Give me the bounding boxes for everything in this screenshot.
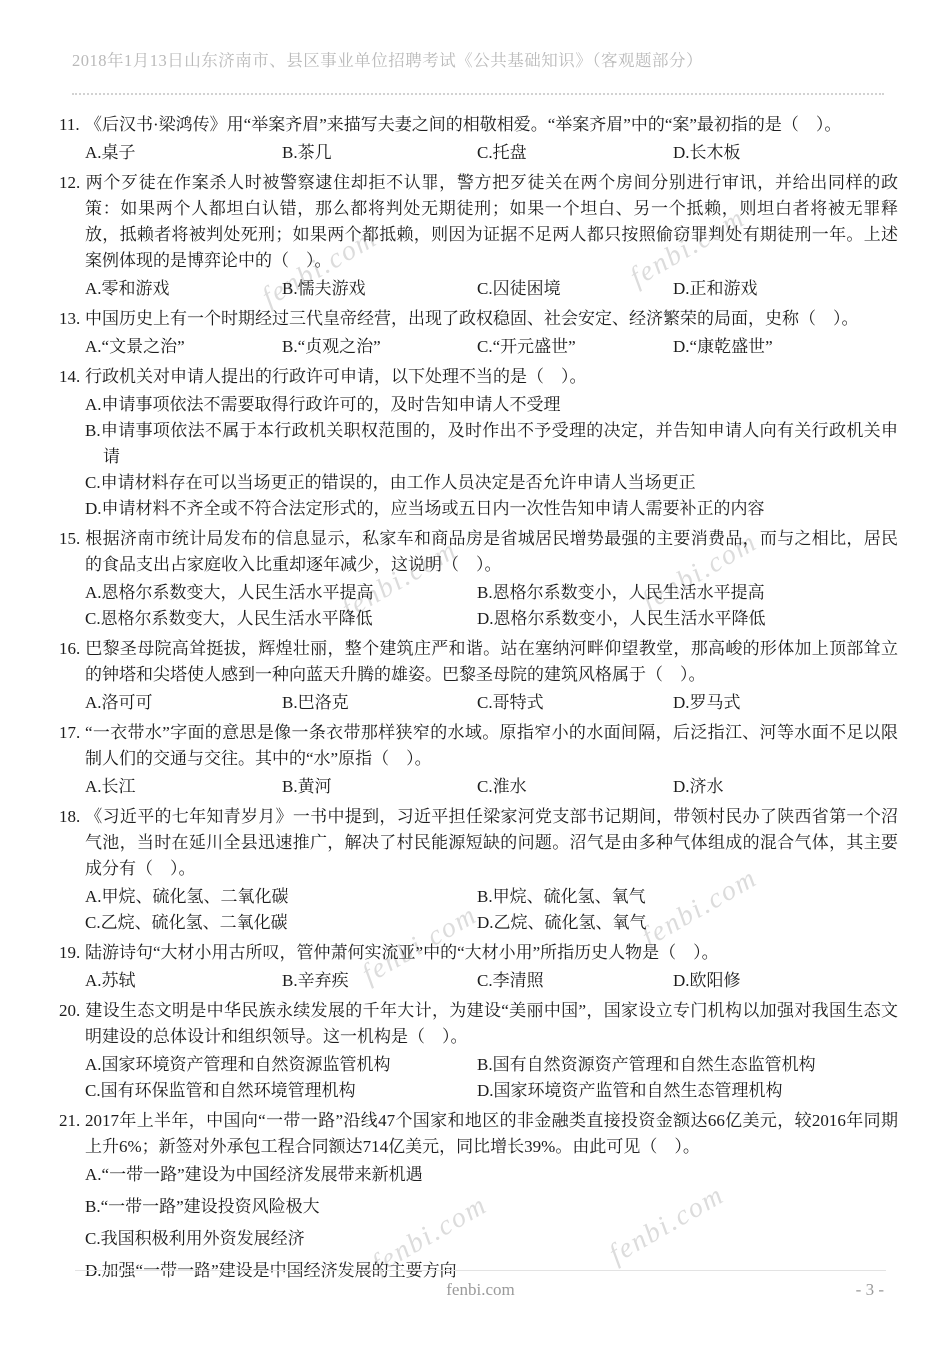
question-15: 15.根据济南市统计局发布的信息显示，私家车和商品房是省城居民增势最强的主要消费…	[59, 526, 898, 632]
option-A: A.洛可可	[85, 690, 282, 716]
options: A.恩格尔系数变大，人民生活水平提高B.恩格尔系数变小，人民生活水平提高C.恩格…	[85, 580, 898, 632]
page-footer: fenbi.com - 3 -	[75, 1270, 886, 1300]
option-D: D.正和游戏	[673, 276, 898, 302]
option-D: D.乙烷、硫化氢、氧气	[477, 910, 898, 936]
option-A: A.申请事项依法不需要取得行政许可的，及时告知申请人不受理	[85, 392, 898, 418]
option-D: D.济水	[673, 774, 898, 800]
option-B: B.“贞观之治”	[282, 334, 477, 360]
question-stem: 《习近平的七年知青岁月》一书中提到，习近平担任梁家河党支部书记期间，带领村民办了…	[85, 807, 898, 878]
question-number: 20.	[59, 998, 85, 1024]
options: A.苏轼B.辛弃疾C.李清照D.欧阳修	[85, 968, 898, 994]
option-B: B.辛弃疾	[282, 968, 477, 994]
option-C: C.哥特式	[477, 690, 673, 716]
option-A: A.苏轼	[85, 968, 282, 994]
footer-divider	[75, 1270, 886, 1271]
question-text: 13.中国历史上有一个时期经过三代皇帝经营，出现了政权稳固、社会安定、经济繁荣的…	[59, 306, 898, 332]
option-C: C.申请材料存在可以当场更正的错误的，由工作人员决定是否允许申请人当场更正	[85, 470, 898, 496]
option-B: B.“一带一路”建设投资风险极大	[85, 1194, 898, 1220]
option-B: B.黄河	[282, 774, 477, 800]
question-text: 20.建设生态文明是中华民族永续发展的千年大计，为建设“美丽中国”，国家设立专门…	[59, 998, 898, 1050]
question-stem: 根据济南市统计局发布的信息显示，私家车和商品房是省城居民增势最强的主要消费品，而…	[85, 529, 898, 574]
question-number: 19.	[59, 940, 85, 966]
option-B: B.懦夫游戏	[282, 276, 477, 302]
question-stem: 建设生态文明是中华民族永续发展的千年大计，为建设“美丽中国”，国家设立专门机构以…	[85, 1001, 898, 1046]
question-14: 14.行政机关对申请人提出的行政许可申请，以下处理不当的是（ ）。A.申请事项依…	[59, 364, 898, 522]
question-stem: 行政机关对申请人提出的行政许可申请，以下处理不当的是（ ）。	[85, 367, 587, 386]
option-B: B.甲烷、硫化氢、氧气	[477, 884, 898, 910]
option-B: B.巴洛克	[282, 690, 477, 716]
question-stem: 两个歹徒在作案杀人时被警察逮住却拒不认罪，警方把歹徒关在两个房间分别进行审讯，并…	[85, 173, 898, 270]
option-B: B.申请事项依法不属于本行政机关职权范围的，及时作出不予受理的决定，并告知申请人…	[85, 418, 898, 470]
question-text: 11.《后汉书·梁鸿传》用“举案齐眉”来描写夫妻之间的相敬相爱。“举案齐眉”中的…	[59, 112, 898, 138]
option-C: C.我国积极利用外资发展经济	[85, 1226, 898, 1252]
question-19: 19.陆游诗句“大材小用古所叹，管仲萧何实流亚”中的“大材小用”所指历史人物是（…	[59, 940, 898, 994]
option-C: C.乙烷、硫化氢、二氧化碳	[85, 910, 477, 936]
question-number: 17.	[59, 720, 85, 746]
question-stem: 2017年上半年，中国向“一带一路”沿线47个国家和地区的非金融类直接投资金额达…	[85, 1111, 898, 1156]
option-C: C.囚徒困境	[477, 276, 673, 302]
footer-site-label: fenbi.com	[446, 1280, 514, 1299]
question-text: 17.“一衣带水”字面的意思是像一条衣带那样狭窄的水域。原指窄小的水面间隔，后泛…	[59, 720, 898, 772]
option-C: C.托盘	[477, 140, 673, 166]
exam-page: fenbi.comfenbi.comfenbi.comfenbi.comfenb…	[0, 0, 950, 1345]
option-D: D.长木板	[673, 140, 898, 166]
option-A: A.桌子	[85, 140, 282, 166]
question-text: 19.陆游诗句“大材小用古所叹，管仲萧何实流亚”中的“大材小用”所指历史人物是（…	[59, 940, 898, 966]
option-A: A.长江	[85, 774, 282, 800]
options: A.洛可可B.巴洛克C.哥特式D.罗马式	[85, 690, 898, 716]
question-18: 18.《习近平的七年知青岁月》一书中提到，习近平担任梁家河党支部书记期间，带领村…	[59, 804, 898, 936]
question-stem: 《后汉书·梁鸿传》用“举案齐眉”来描写夫妻之间的相敬相爱。“举案齐眉”中的“案”…	[85, 115, 841, 134]
exam-title: 2018年1月13日山东济南市、县区事业单位招聘考试《公共基础知识》（客观题部分…	[72, 50, 884, 72]
option-D: D.“康乾盛世”	[673, 334, 898, 360]
question-16: 16.巴黎圣母院高耸挺拔，辉煌壮丽，整个建筑庄严和谐。站在塞纳河畔仰望教堂，那高…	[59, 636, 898, 716]
option-A: A.甲烷、硫化氢、二氧化碳	[85, 884, 477, 910]
option-B: B.恩格尔系数变小，人民生活水平提高	[477, 580, 898, 606]
question-number: 13.	[59, 306, 85, 332]
question-number: 11.	[59, 112, 85, 138]
question-number: 16.	[59, 636, 85, 662]
question-text: 18.《习近平的七年知青岁月》一书中提到，习近平担任梁家河党支部书记期间，带领村…	[59, 804, 898, 882]
options: A.申请事项依法不需要取得行政许可的，及时告知申请人不受理B.申请事项依法不属于…	[85, 392, 898, 522]
option-B: B.国有自然资源资产管理和自然生态监管机构	[477, 1052, 898, 1078]
question-number: 15.	[59, 526, 85, 552]
question-21: 21.2017年上半年，中国向“一带一路”沿线47个国家和地区的非金融类直接投资…	[59, 1108, 898, 1284]
question-number: 21.	[59, 1108, 85, 1134]
question-text: 15.根据济南市统计局发布的信息显示，私家车和商品房是省城居民增势最强的主要消费…	[59, 526, 898, 578]
option-C: C.李清照	[477, 968, 673, 994]
option-D: D.申请材料不齐全或不符合法定形式的，应当场或五日内一次性告知申请人需要补正的内…	[85, 496, 898, 522]
option-A: A.恩格尔系数变大，人民生活水平提高	[85, 580, 477, 606]
options: A.甲烷、硫化氢、二氧化碳B.甲烷、硫化氢、氧气C.乙烷、硫化氢、二氧化碳D.乙…	[85, 884, 898, 936]
option-C: C.“开元盛世”	[477, 334, 673, 360]
question-text: 16.巴黎圣母院高耸挺拔，辉煌壮丽，整个建筑庄严和谐。站在塞纳河畔仰望教堂，那高…	[59, 636, 898, 688]
option-A: A.“文景之治”	[85, 334, 282, 360]
option-D: D.欧阳修	[673, 968, 898, 994]
options: A.桌子B.茶几C.托盘D.长木板	[85, 140, 898, 166]
question-stem: “一衣带水”字面的意思是像一条衣带那样狭窄的水域。原指窄小的水面间隔，后泛指江、…	[85, 723, 898, 768]
header-divider	[72, 93, 884, 95]
question-11: 11.《后汉书·梁鸿传》用“举案齐眉”来描写夫妻之间的相敬相爱。“举案齐眉”中的…	[59, 112, 898, 166]
option-D: D.国家环境资产监管和自然生态管理机构	[477, 1078, 898, 1104]
question-stem: 中国历史上有一个时期经过三代皇帝经营，出现了政权稳固、社会安定、经济繁荣的局面，…	[85, 309, 859, 328]
options: A.“一带一路”建设为中国经济发展带来新机遇B.“一带一路”建设投资风险极大C.…	[85, 1162, 898, 1284]
question-text: 14.行政机关对申请人提出的行政许可申请，以下处理不当的是（ ）。	[59, 364, 898, 390]
questions: 11.《后汉书·梁鸿传》用“举案齐眉”来描写夫妻之间的相敬相爱。“举案齐眉”中的…	[59, 112, 898, 1290]
question-17: 17.“一衣带水”字面的意思是像一条衣带那样狭窄的水域。原指窄小的水面间隔，后泛…	[59, 720, 898, 800]
option-C: C.淮水	[477, 774, 673, 800]
question-number: 12.	[59, 170, 85, 196]
question-12: 12.两个歹徒在作案杀人时被警察逮住却拒不认罪，警方把歹徒关在两个房间分别进行审…	[59, 170, 898, 302]
options: A.“文景之治”B.“贞观之治”C.“开元盛世”D.“康乾盛世”	[85, 334, 898, 360]
question-20: 20.建设生态文明是中华民族永续发展的千年大计，为建设“美丽中国”，国家设立专门…	[59, 998, 898, 1104]
question-13: 13.中国历史上有一个时期经过三代皇帝经营，出现了政权稳固、社会安定、经济繁荣的…	[59, 306, 898, 360]
option-A: A.零和游戏	[85, 276, 282, 302]
page-header: 2018年1月13日山东济南市、县区事业单位招聘考试《公共基础知识》（客观题部分…	[72, 50, 884, 95]
question-text: 21.2017年上半年，中国向“一带一路”沿线47个国家和地区的非金融类直接投资…	[59, 1108, 898, 1160]
options: A.长江B.黄河C.淮水D.济水	[85, 774, 898, 800]
option-D: D.罗马式	[673, 690, 898, 716]
question-text: 12.两个歹徒在作案杀人时被警察逮住却拒不认罪，警方把歹徒关在两个房间分别进行审…	[59, 170, 898, 274]
option-C: C.国有环保监管和自然环境管理机构	[85, 1078, 477, 1104]
options: A.国家环境资产管理和自然资源监管机构B.国有自然资源资产管理和自然生态监管机构…	[85, 1052, 898, 1104]
option-A: A.国家环境资产管理和自然资源监管机构	[85, 1052, 477, 1078]
page-number: - 3 -	[856, 1280, 884, 1300]
question-number: 18.	[59, 804, 85, 830]
question-stem: 陆游诗句“大材小用古所叹，管仲萧何实流亚”中的“大材小用”所指历史人物是（ ）。	[85, 943, 719, 962]
option-C: C.恩格尔系数变大，人民生活水平降低	[85, 606, 477, 632]
option-B: B.茶几	[282, 140, 477, 166]
question-stem: 巴黎圣母院高耸挺拔，辉煌壮丽，整个建筑庄严和谐。站在塞纳河畔仰望教堂，那高峻的形…	[85, 639, 898, 684]
option-A: A.“一带一路”建设为中国经济发展带来新机遇	[85, 1162, 898, 1188]
question-number: 14.	[59, 364, 85, 390]
option-D: D.恩格尔系数变小，人民生活水平降低	[477, 606, 898, 632]
options: A.零和游戏B.懦夫游戏C.囚徒困境D.正和游戏	[85, 276, 898, 302]
